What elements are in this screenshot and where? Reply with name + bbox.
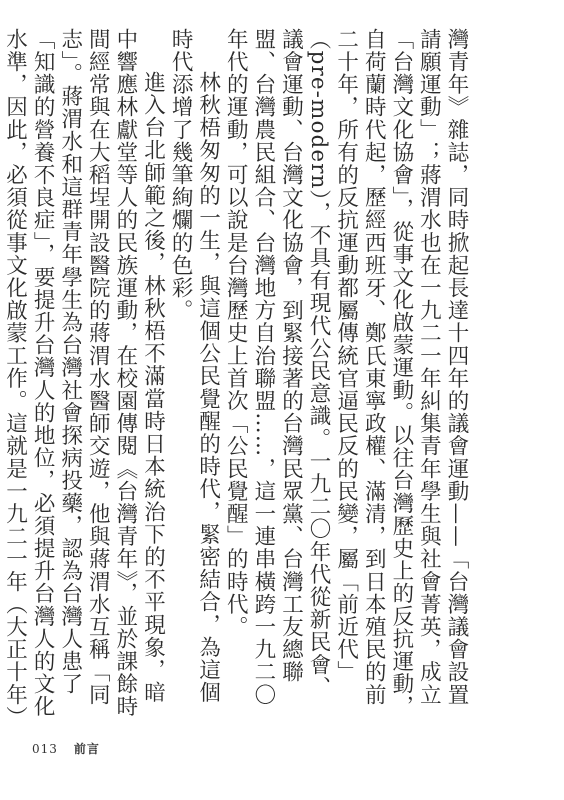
paragraph-3: 進入台北師範之後，林秋梧不滿當時日本統治下的不平現象，暗中響應林獻堂等人的民族運… [0, 28, 166, 718]
paragraph-2: 林秋梧匆匆的一生，與這個公民覺醒的時代，緊密結合，為這個時代添增了幾筆絢爛的色彩… [166, 28, 221, 718]
book-page: 灣青年》雜誌，同時掀起長達十四年的議會運動——「台灣議會設置請願運動」；蔣渭水也… [0, 0, 564, 800]
paragraph-1: 灣青年》雜誌，同時掀起長達十四年的議會運動——「台灣議會設置請願運動」；蔣渭水也… [222, 28, 470, 718]
page-footer: 013 前言 [32, 740, 100, 757]
section-title: 前言 [74, 740, 100, 757]
page-number: 013 [32, 742, 58, 756]
vertical-body-text: 灣青年》雜誌，同時掀起長達十四年的議會運動——「台灣議會設置請願運動」；蔣渭水也… [0, 28, 470, 718]
